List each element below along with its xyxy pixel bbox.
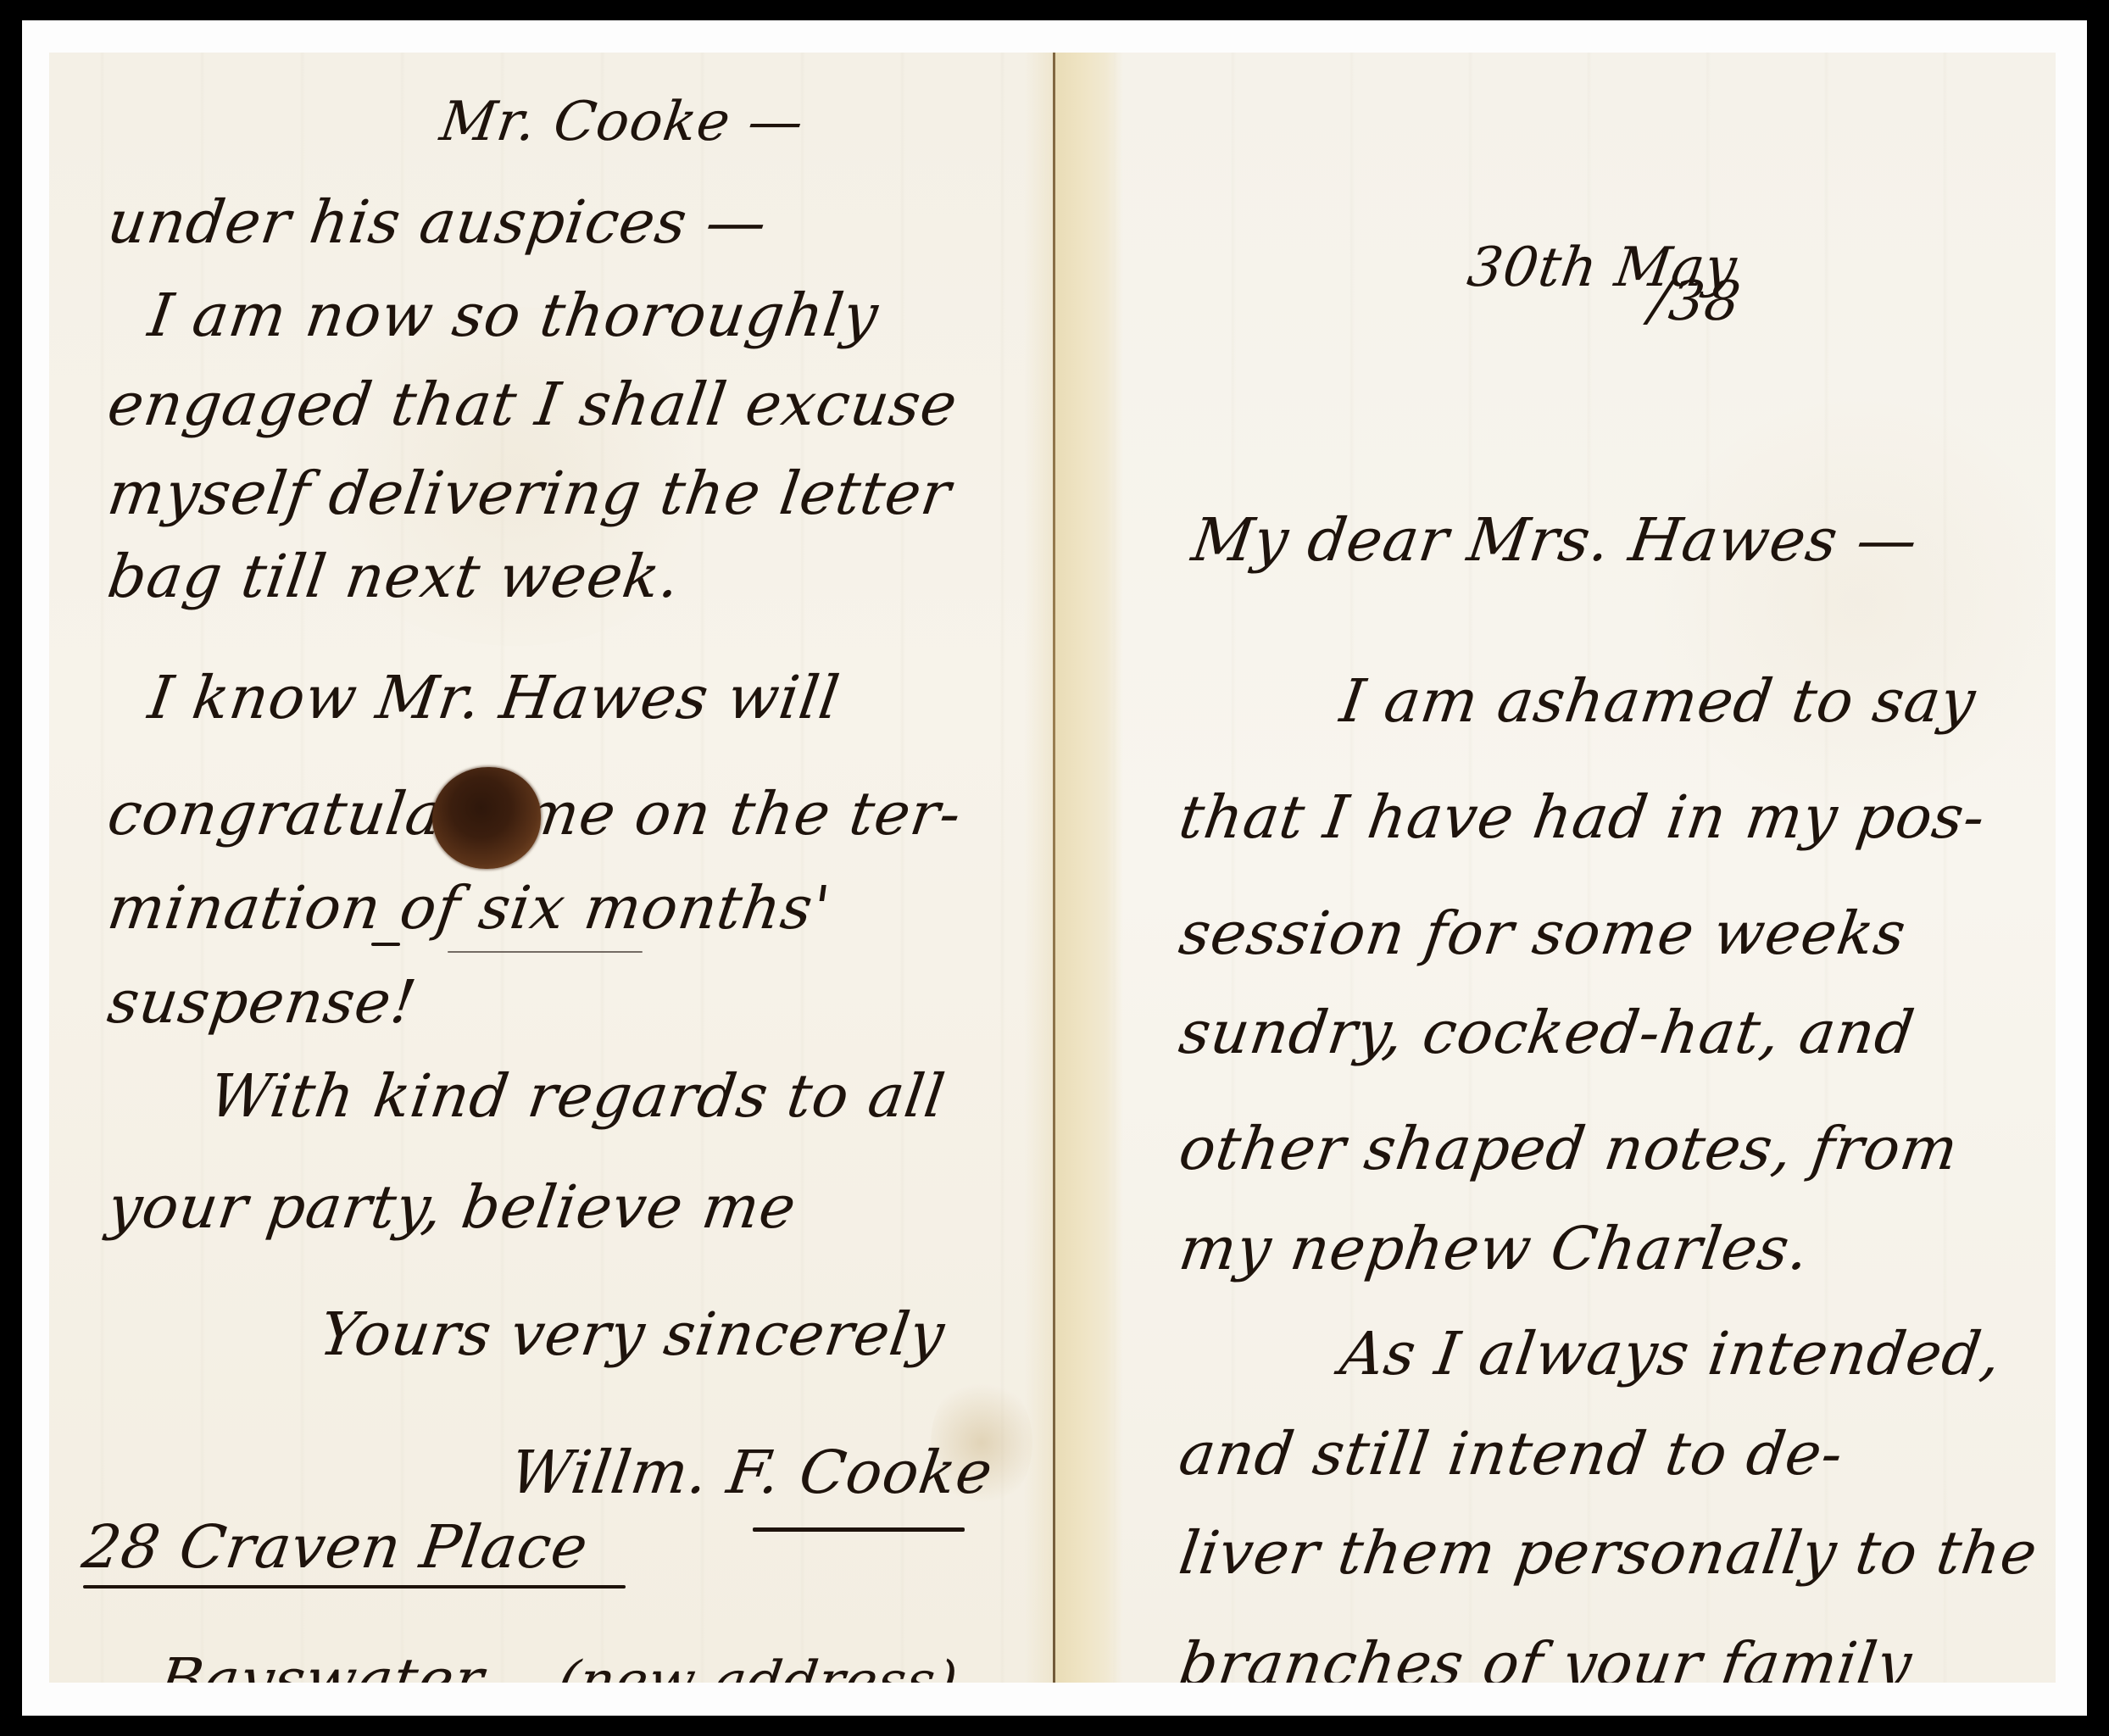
letter-line: other shaped notes, from [1176, 1119, 1962, 1178]
letter-line: my nephew Charles. [1176, 1219, 1813, 1278]
address-line-2: Bayswater [155, 1650, 487, 1683]
underline-months [448, 951, 643, 953]
letter-line: that I have had in my pos- [1176, 787, 1989, 847]
underline-six [371, 943, 400, 946]
letter-line: I am now so thoroughly [145, 286, 882, 345]
letter-line: I know Mr. Hawes will [145, 668, 843, 727]
address-note: (new address) [554, 1655, 961, 1683]
address-line-1: 28 Craven Place [79, 1517, 592, 1577]
left-page: Mr. Cooke — under his auspices — I am no… [49, 53, 1053, 1683]
letter-line: sundry, cocked-hat, and [1176, 1003, 1918, 1062]
letter-line: liver them personally to the [1176, 1523, 2041, 1583]
letter-line: mination of six months' [104, 878, 834, 938]
closing-line: Yours very sincerely [316, 1305, 949, 1364]
letter-sheet: Mr. Cooke — under his auspices — I am no… [49, 53, 2056, 1683]
date-year: /38 [1647, 275, 1745, 329]
letter-line: under his auspices — [104, 192, 771, 252]
center-fold [1053, 53, 1055, 1683]
letter-line: and still intend to de- [1176, 1424, 1847, 1483]
fold-shadow [1024, 53, 1053, 1683]
letter-line: branches of your family [1176, 1634, 1916, 1683]
letter-line: As I always intended, [1337, 1324, 2005, 1383]
letter-line: your party, believe me [104, 1177, 800, 1237]
address-underline [83, 1585, 626, 1589]
letter-line: I am ashamed to say [1337, 671, 1979, 731]
signature-flourish [753, 1527, 965, 1532]
signature: Willm. F. Cooke [507, 1443, 996, 1502]
right-page: 30th May /38 My dear Mrs. Hawes — I am a… [1053, 53, 2056, 1683]
fold-discoloration [1055, 53, 1123, 1683]
salutation: My dear Mrs. Hawes — [1188, 510, 1922, 570]
letter-line: With kind regards to all [206, 1066, 949, 1126]
age-stain [1646, 392, 2056, 815]
letter-line: myself delivering the letter [104, 464, 954, 523]
header-recipient: Mr. Cooke — [437, 95, 808, 149]
letter-line: engaged that I shall excuse [104, 375, 961, 434]
wax-seal-residue [432, 767, 541, 869]
letter-line: bag till next week. [104, 547, 684, 606]
letter-line: suspense! [104, 972, 420, 1032]
letter-line: session for some weeks [1176, 904, 1910, 963]
